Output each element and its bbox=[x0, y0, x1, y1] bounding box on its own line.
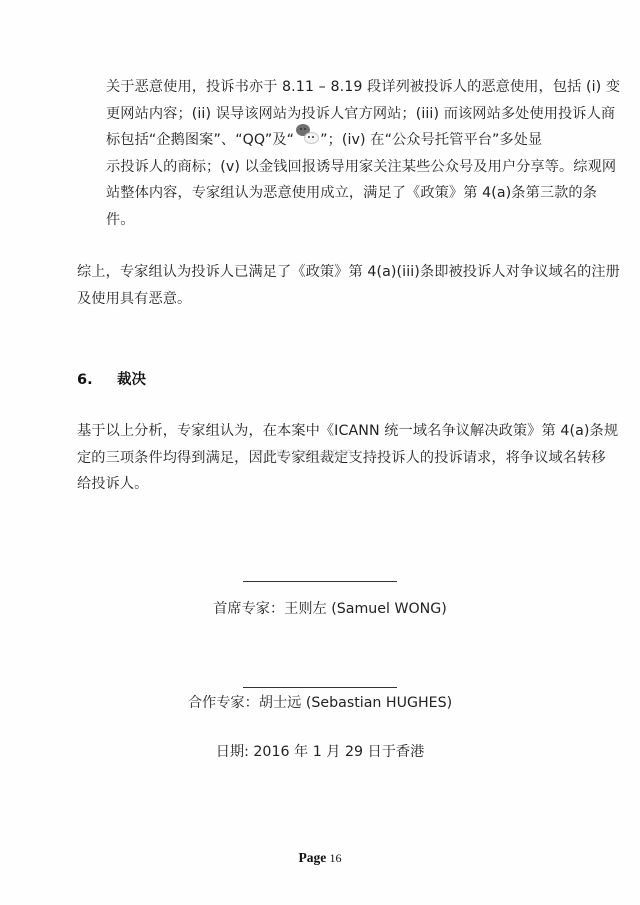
paragraph-decision: 基于以上分析，专家组认为，在本案中《ICANN 统一域名争议解决政策》第 4(a… bbox=[77, 418, 618, 498]
text-line: 综上，专家组认为投诉人已满足了《政策》第 4(a)(iii)条即被投诉人对争议域… bbox=[77, 259, 620, 286]
paragraph-summary: 综上，专家组认为投诉人已满足了《政策》第 4(a)(iii)条即被投诉人对争议域… bbox=[77, 259, 620, 312]
co-panelist: 合作专家：胡士远 (Sebastian HUGHES) bbox=[0, 692, 640, 712]
paragraph-malicious-use: 关于恶意使用，投诉书亦于 8.11 – 8.19 段详列被投诉人的恶意使用，包括… bbox=[106, 74, 620, 233]
text-segment: 标包括“企鹅图案”、“QQ”及“ bbox=[106, 132, 294, 148]
text-segment: ”；(iv) 在“公众号托管平台”多处显 bbox=[320, 132, 542, 148]
text-line: 给投诉人。 bbox=[77, 471, 618, 498]
document-page: 关于恶意使用，投诉书亦于 8.11 – 8.19 段详列被投诉人的恶意使用，包括… bbox=[0, 0, 640, 905]
signature-line bbox=[243, 687, 397, 688]
text-line: 站整体内容，专家组认为恶意使用成立，满足了《政策》第 4(a)条第三款的条 bbox=[106, 180, 620, 207]
text-line-with-icon: 标包括“企鹅图案”、“QQ”及“”；(iv) 在“公众号托管平台”多处显 bbox=[106, 127, 620, 154]
text-line: 示投诉人的商标；(v) 以金钱回报诱导用家关注某些公众号及用户分享等。综观网 bbox=[106, 154, 620, 181]
wechat-logo-icon bbox=[296, 128, 318, 146]
section-heading: 6.裁决 bbox=[77, 368, 146, 389]
text-line: 关于恶意使用，投诉书亦于 8.11 – 8.19 段详列被投诉人的恶意使用，包括… bbox=[106, 74, 620, 101]
signature-line bbox=[243, 581, 397, 582]
text-line: 更网站内容；(ii) 误导该网站为投诉人官方网站；(iii) 而该网站多处使用投… bbox=[106, 101, 620, 128]
page-footer: Page 16 bbox=[0, 850, 640, 866]
text-line: 定的三项条件均得到满足，因此专家组裁定支持投诉人的投诉请求，将争议域名转移 bbox=[77, 445, 618, 472]
section-title: 裁决 bbox=[117, 372, 146, 388]
text-line: 及使用具有恶意。 bbox=[77, 286, 620, 313]
page-number: 16 bbox=[330, 851, 342, 865]
presiding-panelist: 首席专家：王则左 (Samuel WONG) bbox=[10, 598, 640, 618]
page-label: Page bbox=[299, 850, 327, 865]
text-line: 基于以上分析，专家组认为，在本案中《ICANN 统一域名争议解决政策》第 4(a… bbox=[77, 418, 618, 445]
text-line: 件。 bbox=[106, 207, 620, 234]
section-number: 6. bbox=[77, 372, 117, 388]
decision-date: 日期: 2016 年 1 月 29 日于香港 bbox=[0, 741, 640, 761]
